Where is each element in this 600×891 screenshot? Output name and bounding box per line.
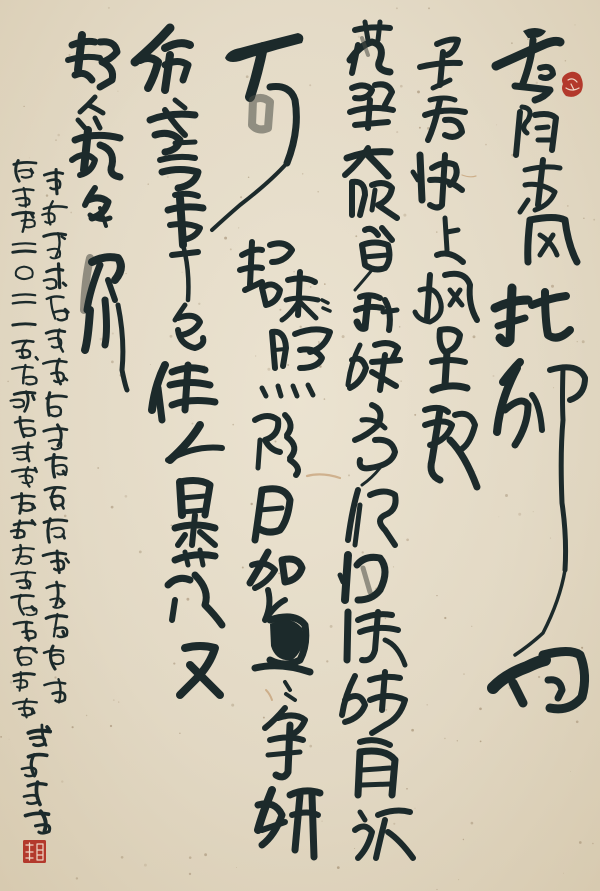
column-6-text: 都人簇白池川: [65, 33, 127, 393]
column-4-text: 万瑞蝶〻照影日如画〻争妍: [210, 35, 335, 860]
seal-bottom-left: [23, 840, 46, 863]
inscription-column-2-text: 辛丑为二〇二一卯春于阳新兄斋书海乃东坡集年笔: [8, 158, 40, 720]
column-1-text: 紫陌东风拂柳絢: [493, 25, 590, 715]
column-2-text: 尋春快上楓皇鞭: [413, 37, 477, 487]
signature-text: 若泉并记: [20, 722, 54, 835]
inscription-column-1-text: 吴郑晴的驿五年之六巳史宋代以来之风: [40, 165, 70, 705]
calligraphy-artwork: 紫陌东风拂柳絢 尋春快上楓皇鞭 花望入眼皆新綠多得惬情绣首旅 万瑞蝶〻照影日如画…: [0, 0, 600, 891]
column-3-text: 花望入眼皆新綠多得惬情绣首旅: [340, 20, 413, 865]
column-5-text: 经香雾重色佳人聚落又: [130, 25, 225, 700]
